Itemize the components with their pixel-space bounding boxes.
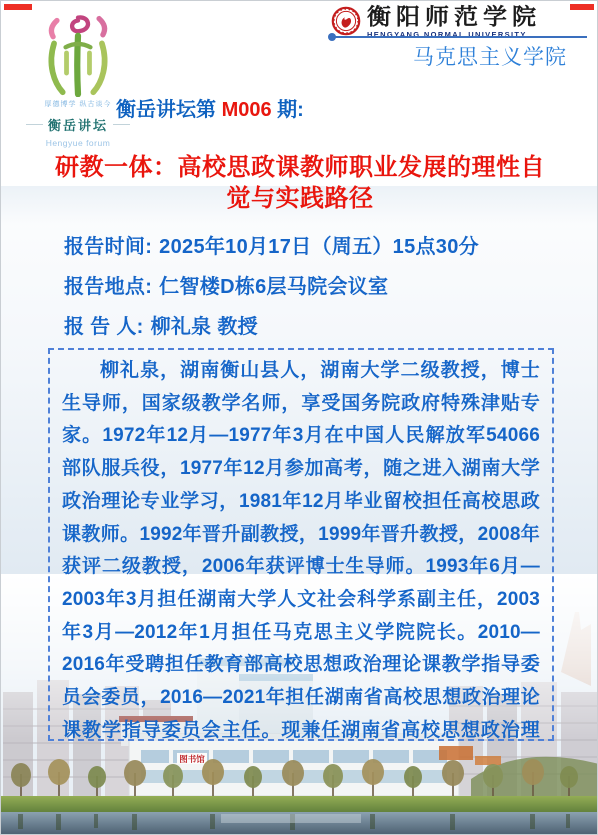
forum-name: 衡岳讲坛 — [48, 115, 108, 134]
report-time-row: 报告时间:2025年10月17日（周五）15点30分 — [64, 230, 479, 259]
header-divider-line — [333, 36, 587, 38]
forum-name-en: Hengyue forum — [16, 138, 140, 148]
grass-bank — [1, 796, 598, 814]
lecture-title: 研教一体：高校思政课教师职业发展的理性自 觉与实践路径 — [31, 152, 569, 214]
report-speaker-row: 报 告 人:柳礼泉 教授 — [64, 310, 479, 339]
building-reflection — [221, 814, 361, 823]
report-time-label: 报告时间: — [64, 236, 152, 258]
report-place-row: 报告地点:仁智楼D栋6层马院会议室 — [64, 270, 479, 299]
lecture-title-line2: 觉与实践路径 — [31, 183, 569, 214]
lecture-info: 报告时间:2025年10月17日（周五）15点30分 报告地点:仁智楼D栋6层马… — [64, 230, 479, 339]
divider-dot — [328, 33, 336, 41]
school-name: 马克思主义学院 — [413, 41, 567, 71]
speaker-bio-text: 柳礼泉，湖南衡山县人，湖南大学二级教授，博士生导师，国家级教学名师，享受国务院政… — [62, 355, 540, 741]
lecture-poster: 图书馆 — [0, 0, 598, 835]
left-rule-line — [26, 124, 43, 125]
corner-mark-right — [570, 4, 594, 10]
right-rule-line — [113, 124, 130, 125]
report-speaker-label: 报 告 人: — [64, 316, 144, 338]
university-header: 衡阳师范学院 HENGYANG NORMAL UNIVERSITY — [331, 5, 541, 39]
report-speaker-value: 柳礼泉 教授 — [151, 316, 258, 338]
issue-prefix: 衡岳讲坛第 — [116, 99, 222, 121]
forum-calligraphy-icon — [34, 9, 122, 97]
library-sign: 图书馆 — [179, 754, 205, 764]
university-names: 衡阳师范学院 HENGYANG NORMAL UNIVERSITY — [367, 5, 541, 39]
forum-issue-heading: 衡岳讲坛第 M006 期: — [116, 93, 304, 122]
speaker-bio-box: 柳礼泉，湖南衡山县人，湖南大学二级教授，博士生导师，国家级教学名师，享受国务院政… — [48, 348, 554, 741]
forum-logo: 厚德博学 纵古谈今 衡岳讲坛 Hengyue forum — [16, 9, 140, 148]
corner-mark-left — [4, 4, 32, 10]
issue-suffix: 期: — [272, 99, 304, 121]
lecture-title-line1: 研教一体：高校思政课教师职业发展的理性自 — [31, 152, 569, 183]
issue-number: M006 — [222, 99, 272, 121]
university-name-cn: 衡阳师范学院 — [367, 6, 541, 29]
university-emblem-icon — [331, 6, 361, 36]
report-place-value: 仁智楼D栋6层马院会议室 — [159, 276, 388, 298]
report-place-label: 报告地点: — [64, 276, 152, 298]
report-time-value: 2025年10月17日（周五）15点30分 — [159, 236, 479, 258]
